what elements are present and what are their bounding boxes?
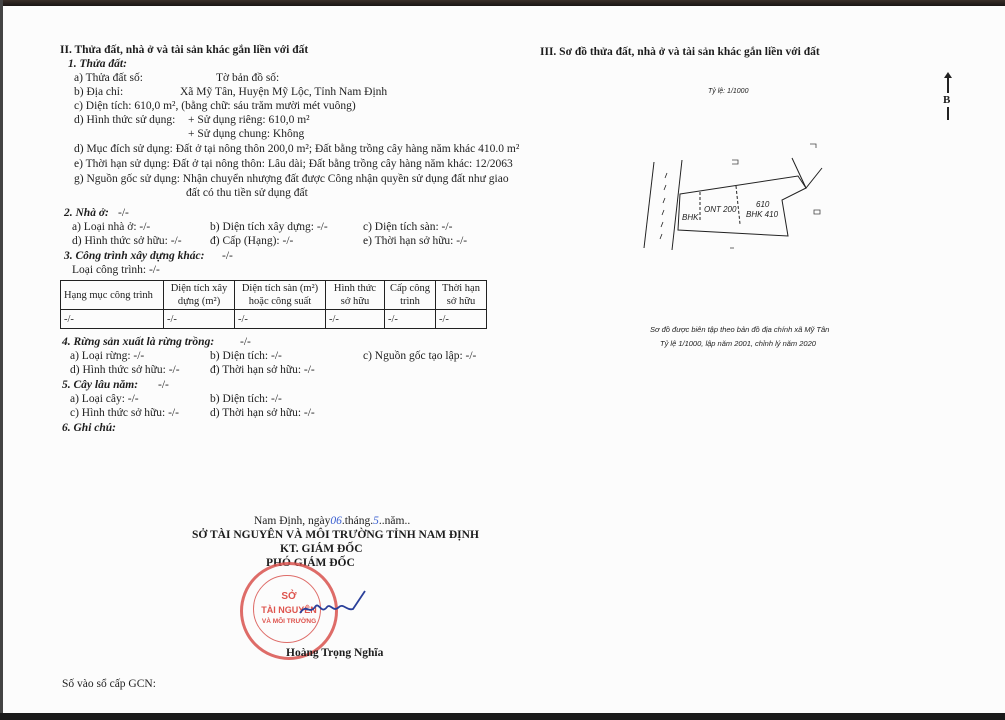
table-cell: -/- [61,310,164,329]
col-header-item: Hạng mục công trình [61,281,164,310]
construction-type: Loại công trình: -/- [72,263,160,277]
usage-shared: + Sử dụng chung: Không [188,127,304,141]
map-note-2: Tỷ lệ 1/1000, lập năm 2001, chỉnh lý năm… [660,339,816,348]
table-header-row: Hạng mục công trình Diện tích xây dựng (… [61,281,487,310]
perennial-term: d) Thời hạn sở hữu: -/- [210,406,315,420]
table-cell: -/- [164,310,235,329]
perennial-type: a) Loại cây: -/- [70,392,139,406]
perennial-heading-value: -/- [158,378,169,392]
house-ownership: d) Hình thức sở hữu: -/- [72,234,182,248]
forest-origin: c) Nguồn gốc tạo lập: -/- [363,349,476,363]
col-header-build-area: Diện tích xây dựng (m²) [164,281,235,310]
forest-heading: 4. Rừng sản xuất là rừng trồng: [62,335,214,349]
table-cell: -/- [326,310,385,329]
usage-purpose: d) Mục đích sử dụng: Đất ở tại nông thôn… [74,142,519,156]
house-grade: đ) Cấp (Hạng): -/- [210,234,293,248]
construction-heading: 3. Công trình xây dựng khác: [64,249,204,263]
table-row: -/- -/- -/- -/- -/- -/- [61,310,487,329]
parcel-map [630,140,860,260]
table-cell: -/- [235,310,326,329]
house-term: e) Thời hạn sở hữu: -/- [363,234,467,248]
handwritten-signature [295,585,375,625]
left-edge [0,0,3,720]
house-type: a) Loại nhà ở: -/- [72,220,150,234]
table-cell: -/- [436,310,487,329]
usage-term: e) Thời hạn sử dụng: Đất ở tại nông thôn… [74,157,513,171]
forest-heading-value: -/- [240,335,251,349]
house-floor-area: c) Diện tích sàn: -/- [363,220,452,234]
signer-name: Hoàng Trọng Nghĩa [286,646,383,660]
forest-area: b) Diện tích: -/- [210,349,282,363]
bottom-edge [0,713,1005,720]
map-sheet-label: Tờ bản đồ số: [216,71,279,85]
map-scale: Tỷ lệ: 1/1000 [708,88,748,95]
place-date-prefix: Nam Định, ngày [254,515,330,527]
month-label: tháng [345,515,371,527]
map-label-bhk: BHK [682,213,698,222]
year-label: năm.. [385,515,411,527]
construction-heading-value: -/- [222,249,233,263]
map-label-ont: ONT 200 [704,205,736,214]
forest-type: a) Loại rừng: -/- [70,349,144,363]
house-build-area: b) Diện tích xây dựng: -/- [210,220,328,234]
parcel-heading: 1. Thửa đất: [68,57,127,71]
perennial-heading: 5. Cây lâu năm: [62,378,138,392]
perennial-ownership: c) Hình thức sở hữu: -/- [70,406,179,420]
parcel-number-label: a) Thửa đất số: [74,71,143,85]
address-value: Xã Mỹ Tân, Huyện Mỹ Lộc, Tỉnh Nam Định [180,85,387,99]
address-label: b) Địa chỉ: [74,85,123,99]
place-date: Nam Định, ngày06.tháng.5..năm.. [254,514,410,528]
perennial-area: b) Diện tích: -/- [210,392,282,406]
usage-form-label: d) Hình thức sử dụng: [74,113,175,127]
map-note-1: Sơ đồ được biên tập theo bản đồ địa chín… [650,325,829,334]
forest-ownership: d) Hình thức sở hữu: -/- [70,363,180,377]
section3-title: III. Sơ đồ thửa đất, nhà ở và tài sản kh… [540,45,820,59]
col-header-term: Thời hạn sở hữu [436,281,487,310]
usage-origin-cont: đất có thu tiền sử dụng đất [186,186,308,200]
map-label-bhk410: BHK 410 [746,210,778,219]
forest-term: đ) Thời hạn sở hữu: -/- [210,363,315,377]
col-header-ownership: Hình thức sở hữu [326,281,385,310]
house-heading-value: -/- [118,206,129,220]
construction-table: Hạng mục công trình Diện tích xây dựng (… [60,280,487,329]
date-day: 06 [330,515,342,527]
north-label: B [943,93,950,107]
col-header-floor-area: Diện tích sàn (m²) hoặc công suất [235,281,326,310]
section2-title: II. Thửa đất, nhà ở và tài sản khác gắn … [60,43,308,57]
agency-name: SỞ TÀI NGUYÊN VÀ MÔI TRƯỜNG TỈNH NAM ĐỊN… [192,528,479,542]
table-cell: -/- [385,310,436,329]
registry-label: Số vào sổ cấp GCN: [62,677,156,691]
area-line: c) Diện tích: 610,0 m², (bằng chữ: sáu t… [74,99,356,113]
house-heading: 2. Nhà ở: [64,206,109,220]
usage-origin: g) Nguồn gốc sử dụng: Nhận chuyển nhượng… [74,172,509,186]
usage-private: + Sử dụng riêng: 610,0 m² [188,113,310,127]
signer-role-1: KT. GIÁM ĐỐC [280,542,363,556]
map-label-area: 610 [756,200,769,209]
col-header-grade: Cấp công trình [385,281,436,310]
top-edge [0,0,1005,6]
notes-heading: 6. Ghi chú: [62,421,116,435]
